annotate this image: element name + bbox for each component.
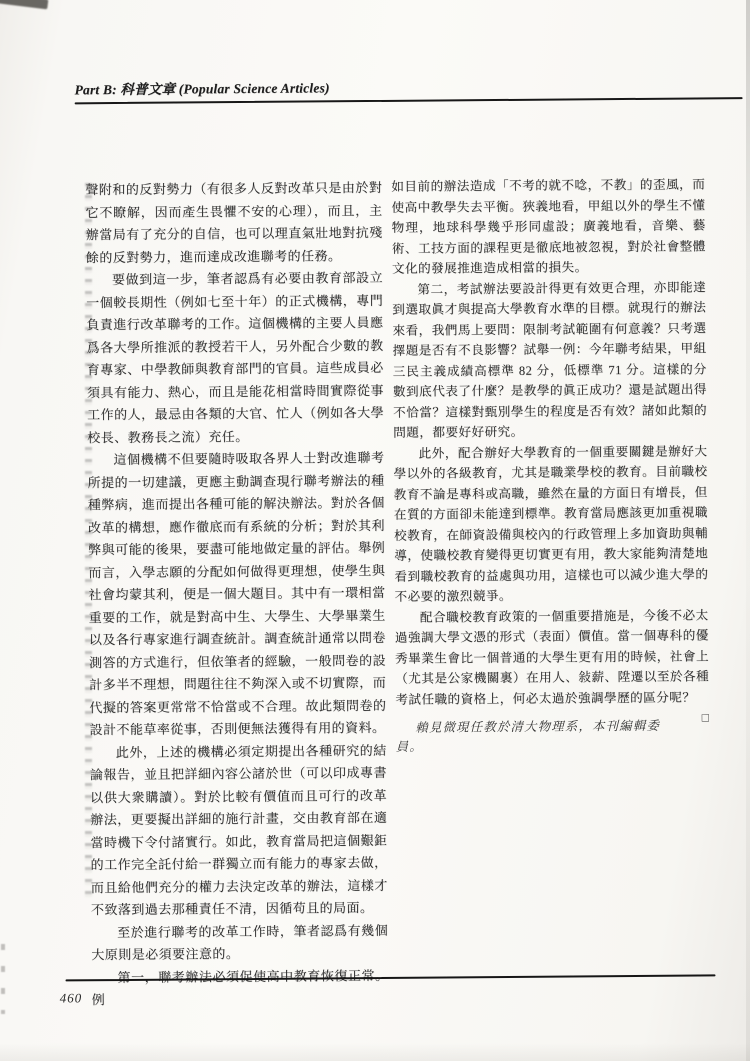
article-body: 聲附和的反對勢力（有很多人反對改革只是由於對它不瞭解，因而產生畏懼不安的心理），…: [85, 174, 712, 1011]
paragraph: 至於進行聯考的改革工作時，筆者認爲有幾個大原則是必須要注意的。: [91, 919, 388, 966]
scan-artifact-left-gutter-speckle: [85, 183, 92, 903]
paragraph: 如目前的辦法造成「不考的就不唸，不教」的歪風，而使高中教學失去平衡。狹義地看，甲…: [391, 174, 706, 279]
paragraph: 此外，配合辦好大學教育的一個重要關鍵是辦好大學以外的各級教育，尤其是職業學校的教…: [393, 441, 708, 607]
paragraph: 第二，考試辦法要設計得更有效更合理，亦即能達到選取眞才與提高大學教育水準的目標。…: [392, 277, 707, 443]
scanned-page: Part B: 科普文章 (Popular Science Articles) …: [0, 0, 750, 1061]
paragraph: 要做到這一步，筆者認爲有必要由教育部設立一個較長期性（例如七至十年）的正式機構，…: [86, 267, 384, 449]
page-number: 460: [60, 990, 83, 1006]
paragraph-text: 配合職校教育政策的一個重要措施是，今後不必太過強調大學文憑的形式（表面）價值。當…: [395, 608, 709, 706]
paragraph: 這個機構不但要隨時吸取各界人士對改進聯考所提的一切建議，更應主動調查現行聯考辦法…: [87, 447, 386, 742]
right-column: 如目前的辦法造成「不考的就不唸，不教」的歪風，而使高中教學失去平衡。狹義地看，甲…: [391, 174, 710, 756]
paragraph: 第一，聯考辦法必須促使高中教育恢復正常。例: [91, 964, 388, 1011]
header-rule: [75, 97, 743, 104]
scan-artifact-left-edge-marks: [1, 944, 5, 1014]
page-content: Part B: 科普文章 (Popular Science Articles) …: [0, 0, 750, 1061]
paragraph: 配合職校教育政策的一個重要措施是，今後不必太過強調大學文憑的形式（表面）價值。當…: [395, 605, 710, 710]
left-column: 聲附和的反對勢力（有很多人反對改革只是由於對它不瞭解，因而產生畏懼不安的心理），…: [85, 177, 389, 1012]
running-head: Part B: 科普文章 (Popular Science Articles): [74, 76, 329, 98]
paragraph: 聲附和的反對勢力（有很多人反對改革只是由於對它不瞭解，因而產生畏懼不安的心理），…: [85, 177, 383, 269]
author-footnote: 賴見微現任教於清大物理系，本刊編輯委員。: [395, 716, 709, 756]
paragraph: 此外，上述的機構必須定期提出各種研究的結論報告，並且把詳細內容公諸於世（可以印成…: [90, 739, 388, 921]
scan-artifact-right-edge-shade: [746, 0, 750, 1061]
scan-artifact-bottom-shade: [0, 1043, 750, 1061]
article-end-mark: □: [677, 707, 710, 728]
